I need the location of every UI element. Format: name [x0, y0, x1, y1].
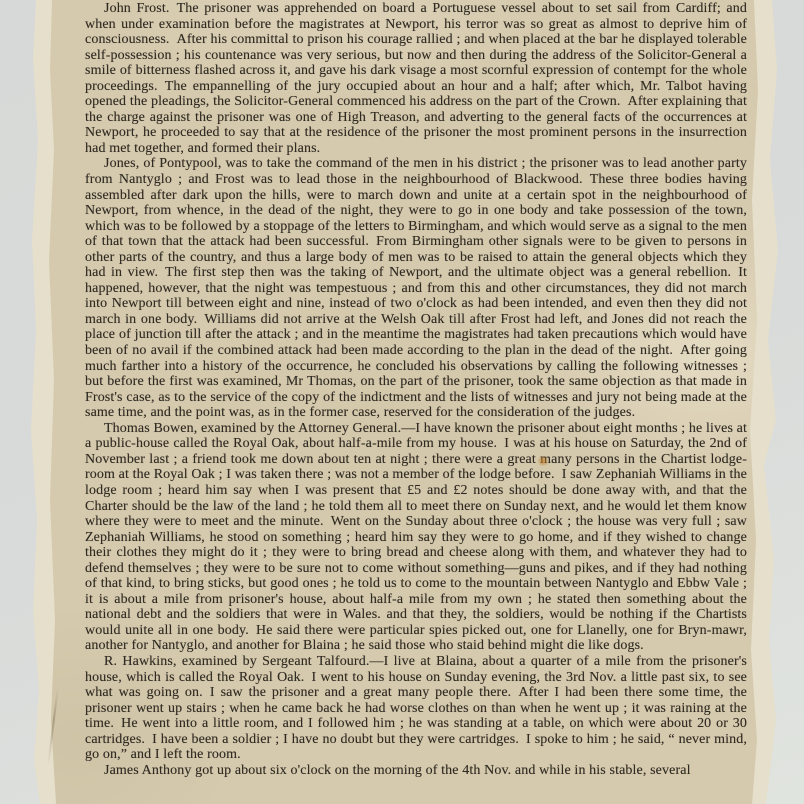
- printed-text-column: John Frost. The prisoner was apprehended…: [85, 1, 747, 778]
- document-paragraph-plan-of-insurrection: Jones, of Pontypool, was to take the com…: [85, 156, 747, 420]
- foxing-stain: [536, 456, 550, 466]
- document-paragraph-intro-trial: John Frost. The prisoner was apprehended…: [85, 1, 747, 156]
- document-paragraph-witness-r-hawkins: R. Hawkins, examined by Sergeant Talfour…: [85, 654, 747, 763]
- scanned-document-page: John Frost. The prisoner was apprehended…: [0, 0, 804, 804]
- document-paragraph-witness-james-anthony: James Anthony got up about six o'clock o…: [85, 763, 747, 779]
- document-paragraph-witness-thomas-bowen: Thomas Bowen, examined by the Attorney G…: [85, 421, 747, 654]
